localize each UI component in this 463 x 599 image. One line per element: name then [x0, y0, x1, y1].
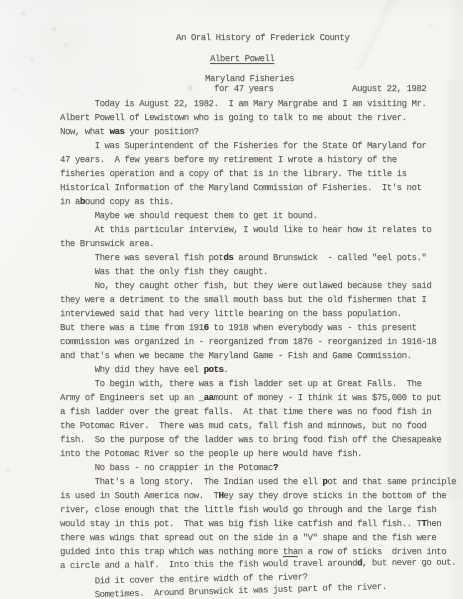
typed-line: Albert Powell of Lewistown who is going … — [60, 111, 460, 125]
paper-smudge — [30, 57, 34, 61]
typed-line: commission was organized in - reorganize… — [60, 335, 460, 349]
typed-line: in abound copy as this. — [60, 195, 460, 209]
typed-line: and that's when we became the Maryland G… — [60, 349, 460, 363]
typed-lines: Today is August 22, 1982. I am Mary Marg… — [60, 97, 460, 599]
typed-line: Why did they have eel pots. — [60, 363, 460, 377]
paper-smudge — [14, 88, 17, 90]
typed-line: would stay in this pot. That was big fis… — [60, 517, 460, 531]
typed-line: There was several fish potds around Brun… — [60, 251, 460, 265]
typed-line: No bass - no crappier in the Potomac? — [60, 461, 460, 475]
typed-line: fisheries operation and a copy of that i… — [60, 167, 460, 181]
paper-smudge — [188, 86, 192, 90]
paper-smudge — [52, 28, 56, 31]
typewritten-page: An Oral History of Frederick County Albe… — [0, 0, 463, 599]
subtitle-fisheries: Maryland Fisheries — [205, 74, 294, 84]
typed-line: they were a detriment to the small mouth… — [60, 293, 460, 307]
paper-smudge — [64, 44, 67, 46]
typed-line: there was wings that spread out on the s… — [60, 531, 460, 545]
typed-line: Army of Engineers set up an _aamount of … — [60, 391, 460, 405]
typed-line: Now, what was your position? — [60, 125, 460, 139]
paper-smudge — [6, 468, 10, 471]
typed-line: into the Potomac River so the people up … — [60, 447, 460, 461]
document-date: August 22, 1982 — [352, 84, 426, 94]
typed-line: That's a long story. The Indian used the… — [60, 475, 460, 489]
typed-line: 47 years. A few years before my retireme… — [60, 153, 460, 167]
paper-smudge — [428, 24, 433, 27]
typed-line: To begin with, there was a fish ladder s… — [60, 377, 460, 391]
typed-line: is used in South America now. THey say t… — [60, 489, 460, 503]
typed-line: Historical Information of the Maryland C… — [60, 181, 460, 195]
typed-line: the Potomac River. There was mud cats, f… — [60, 419, 460, 433]
typed-line: But there was a time from 1916 to 1918 w… — [60, 321, 460, 335]
typed-line: interviewed said that had very little be… — [60, 307, 460, 321]
typed-line: Today is August 22, 1982. I am Mary Marg… — [60, 97, 460, 111]
typed-line: I was Superintendent of the Fisheries fo… — [60, 139, 460, 153]
interviewee-name: Albert Powell — [210, 54, 274, 64]
typed-line: the Brunswick area. — [60, 237, 460, 251]
typed-line: No, they caught other fish, but they wer… — [60, 279, 460, 293]
typed-line: At this particular interview, I would li… — [60, 223, 460, 237]
document-title: An Oral History of Frederick County — [176, 33, 349, 43]
paper-smudge — [22, 12, 25, 15]
typed-line: Maybe we should request them to get it b… — [60, 209, 460, 223]
typed-line: Was that the only fish they caught. — [60, 265, 460, 279]
typed-line: a fish ladder over the great falls. At t… — [60, 405, 460, 419]
typed-line: river, close enough that the little fish… — [60, 503, 460, 517]
subtitle-years: for 47 years — [214, 84, 273, 94]
typed-line: fish. So the purpose of the ladder was t… — [60, 433, 460, 447]
